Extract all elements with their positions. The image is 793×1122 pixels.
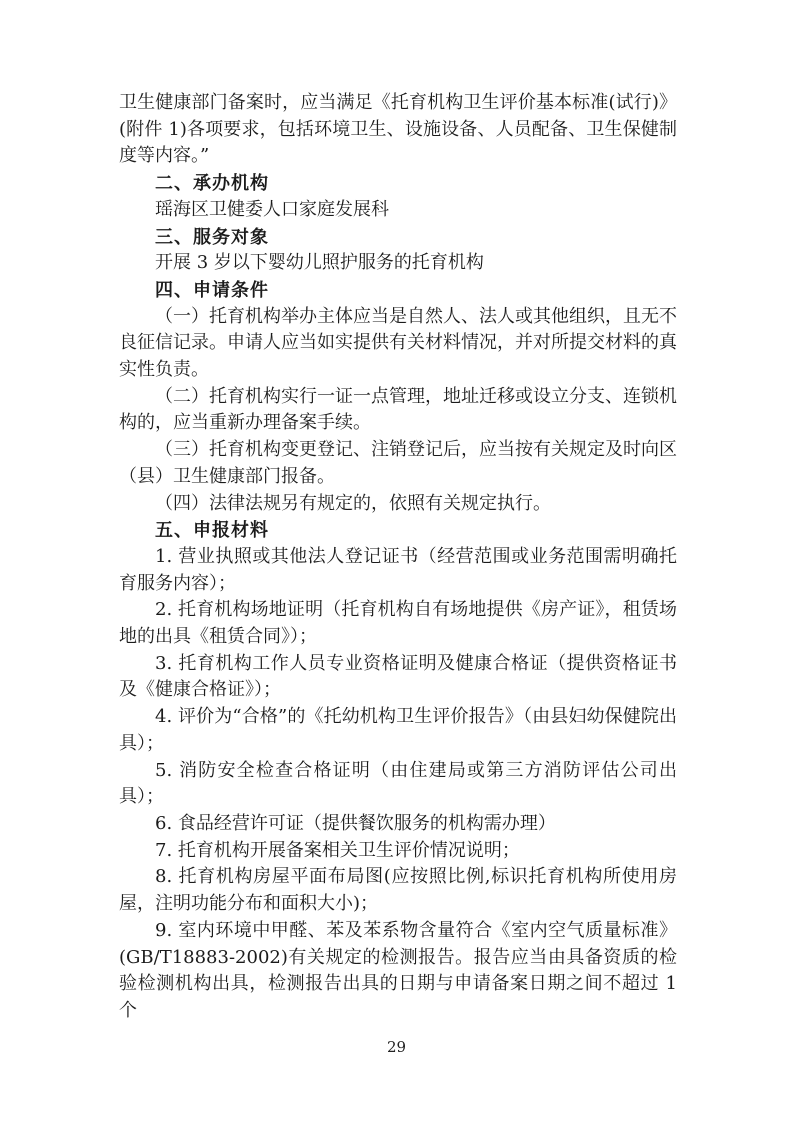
section-heading: 四、申请条件 [119,277,677,304]
paragraph: 2. 托育机构场地证明（托育机构自有场地提供《房产证》，租赁场地的出具《租赁合同… [119,597,677,650]
section-heading: 二、承办机构 [119,170,677,197]
document-body: 卫生健康部门备案时，应当满足《托育机构卫生评价基本标准(试行)》(附件 1)各项… [119,90,677,1025]
paragraph: 7. 托育机构开展备案相关卫生评价情况说明； [119,838,677,865]
paragraph: 瑶海区卫健委人口家庭发展科 [119,197,677,224]
paragraph: （一）托育机构举办主体应当是自然人、法人或其他组织，且无不良征信记录。申请人应当… [119,304,677,384]
paragraph: 1. 营业执照或其他法人登记证书（经营范围或业务范围需明确托育服务内容）； [119,544,677,597]
paragraph: 6. 食品经营许可证（提供餐饮服务的机构需办理） [119,811,677,838]
section-heading: 三、服务对象 [119,224,677,251]
paragraph: 3. 托育机构工作人员专业资格证明及健康合格证（提供资格证书及《健康合格证》）； [119,651,677,704]
page-number: 29 [0,1038,793,1056]
paragraph: 卫生健康部门备案时，应当满足《托育机构卫生评价基本标准(试行)》(附件 1)各项… [119,90,677,170]
paragraph: 5. 消防安全检查合格证明（由住建局或第三方消防评估公司出具）； [119,758,677,811]
paragraph: 开展 3 岁以下婴幼儿照护服务的托育机构 [119,250,677,277]
paragraph: 9. 室内环境中甲醛、苯及苯系物含量符合《室内空气质量标准》(GB/T18883… [119,918,677,1025]
paragraph: 8. 托育机构房屋平面布局图(应按照比例,标识托育机构所使用房屋，注明功能分布和… [119,864,677,917]
document-page: 卫生健康部门备案时，应当满足《托育机构卫生评价基本标准(试行)》(附件 1)各项… [0,0,793,1122]
paragraph: （四）法律法规另有规定的，依照有关规定执行。 [119,491,677,518]
paragraph: （二）托育机构实行一证一点管理，地址迁移或设立分支、连锁机构的，应当重新办理备案… [119,384,677,437]
paragraph: 4. 评价为“合格”的《托幼机构卫生评价报告》（由县妇幼保健院出具）； [119,704,677,757]
paragraph: （三）托育机构变更登记、注销登记后，应当按有关规定及时向区（县）卫生健康部门报备… [119,437,677,490]
section-heading: 五、申报材料 [119,517,677,544]
